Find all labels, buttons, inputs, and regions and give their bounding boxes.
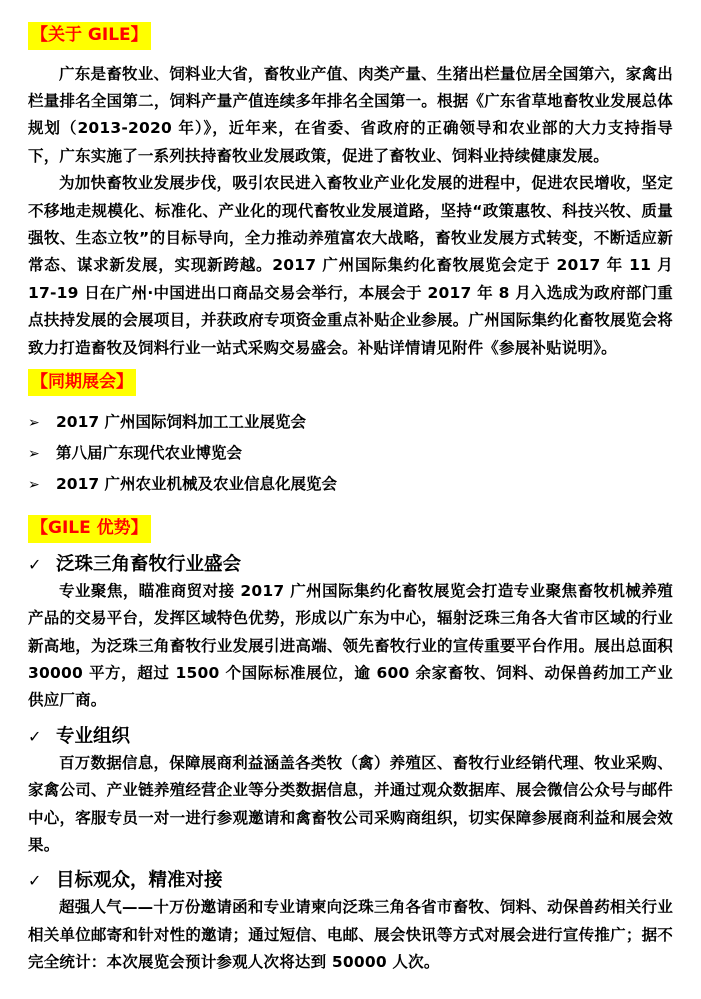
document-page: 【关于 GILE】 广东是畜牧业、饲料业大省，畜牧业产值、肉类产量、生猪出栏量位… xyxy=(0,0,701,999)
arrow-bullet-icon: ➢ xyxy=(28,439,56,469)
section-heading-concurrent-shows: 【同期展会】 xyxy=(28,369,136,397)
advantage-heading-pan-prd-event: ✓ 泛珠三角畜牧行业盛会 xyxy=(28,552,673,578)
list-item-concurrent-show-1: ➢ 2017 广州国际饲料加工工业展览会 xyxy=(28,407,673,438)
arrow-bullet-icon: ➢ xyxy=(28,408,56,438)
concurrent-shows-list: ➢ 2017 广州国际饲料加工工业展览会 ➢ 第八届广东现代农业博览会 ➢ 20… xyxy=(28,407,673,500)
check-bullet-icon: ✓ xyxy=(28,726,56,748)
advantage-heading-target-audience: ✓ 目标观众，精准对接 xyxy=(28,868,673,894)
advantage-title: 专业组织 xyxy=(56,724,130,750)
concurrent-show-label: 2017 广州国际饲料加工工业展览会 xyxy=(56,407,306,437)
check-bullet-icon: ✓ xyxy=(28,870,56,892)
advantage-paragraph-target-audience: 超强人气——十万份邀请函和专业请柬向泛珠三角各省市畜牧、饲料、动保兽药相关行业相… xyxy=(28,894,673,976)
concurrent-show-label: 2017 广州农业机械及农业信息化展览会 xyxy=(56,469,337,499)
section-heading-gile-advantages: 【GILE 优势】 xyxy=(28,515,151,543)
arrow-bullet-icon: ➢ xyxy=(28,470,56,500)
advantage-title: 泛珠三角畜牧行业盛会 xyxy=(56,552,241,578)
advantage-heading-professional-organization: ✓ 专业组织 xyxy=(28,724,673,750)
about-paragraph-2: 为加快畜牧业发展步伐，吸引农民进入畜牧业产业化发展的进程中，促进农民增收，坚定不… xyxy=(28,170,673,362)
check-bullet-icon: ✓ xyxy=(28,554,56,576)
list-item-concurrent-show-2: ➢ 第八届广东现代农业博览会 xyxy=(28,438,673,469)
list-item-concurrent-show-3: ➢ 2017 广州农业机械及农业信息化展览会 xyxy=(28,469,673,500)
advantage-paragraph-professional-organization: 百万数据信息，保障展商利益涵盖各类牧（禽）养殖区、畜牧行业经销代理、牧业采购、家… xyxy=(28,750,673,860)
section-heading-about-gile: 【关于 GILE】 xyxy=(28,22,151,50)
concurrent-show-label: 第八届广东现代农业博览会 xyxy=(56,438,242,468)
advantage-paragraph-pan-prd-event: 专业聚焦，瞄准商贸对接 2017 广州国际集约化畜牧展览会打造专业聚焦畜牧机械养… xyxy=(28,578,673,715)
advantage-title: 目标观众，精准对接 xyxy=(56,868,223,894)
about-paragraph-1: 广东是畜牧业、饲料业大省，畜牧业产值、肉类产量、生猪出栏量位居全国第六，家禽出栏… xyxy=(28,61,673,171)
